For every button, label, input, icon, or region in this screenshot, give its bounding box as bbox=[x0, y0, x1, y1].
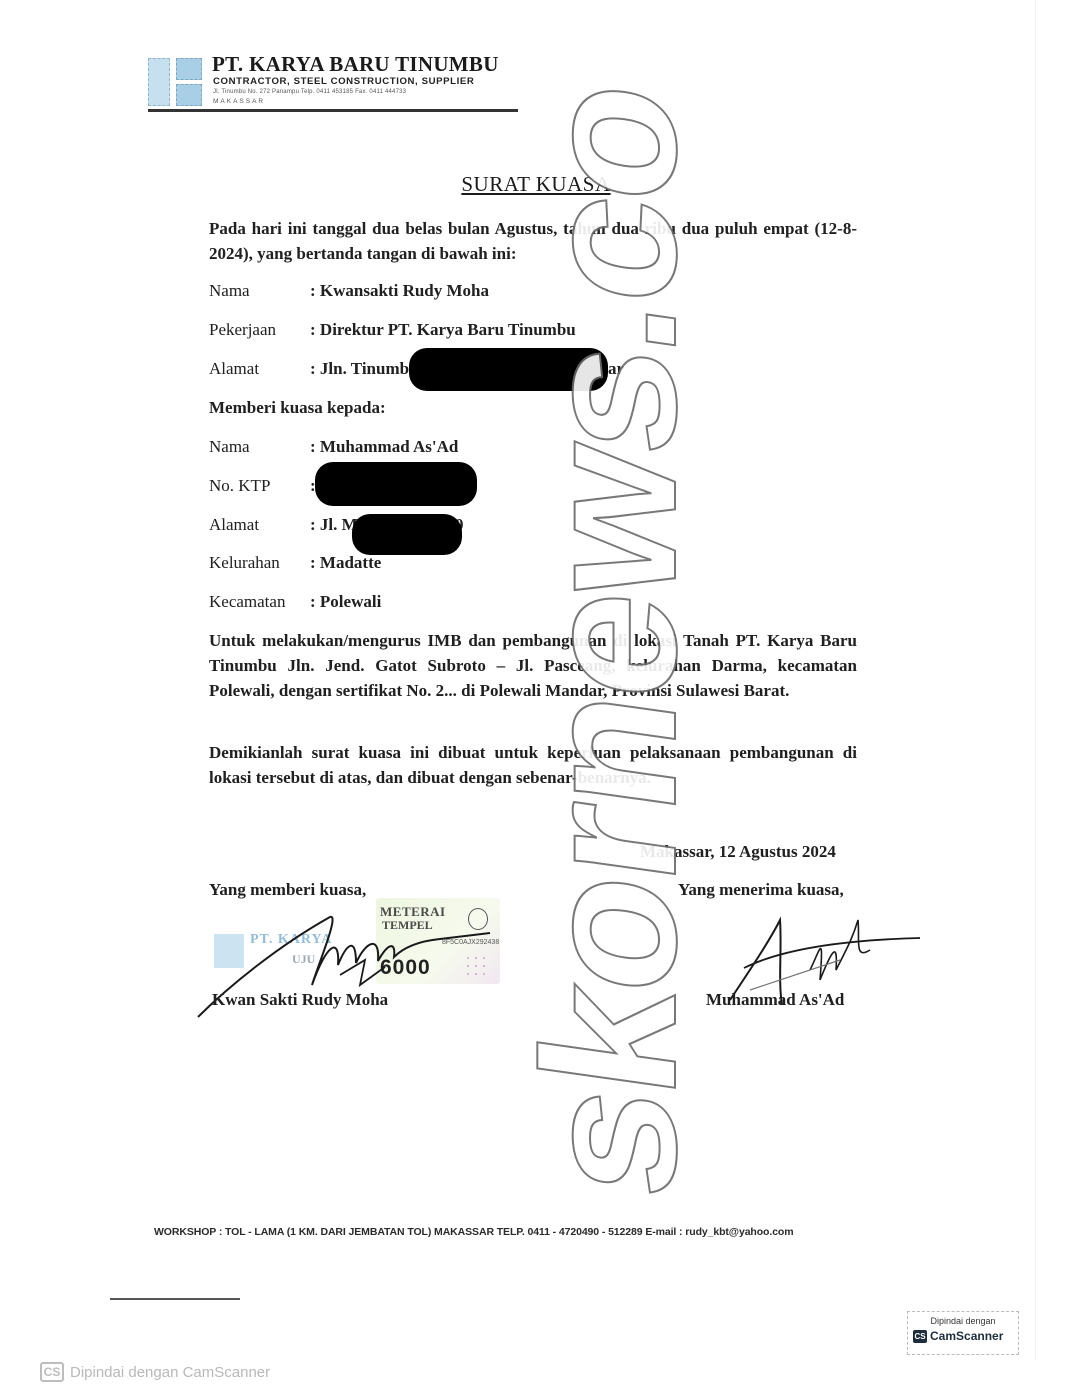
camscanner-icon: CS bbox=[40, 1362, 64, 1382]
company-logo-icon bbox=[148, 58, 204, 106]
grantee-name: Muhammad As'Ad bbox=[706, 990, 844, 1010]
field-value: : Madatte bbox=[310, 553, 381, 572]
grantor-address-field: Alamat: Jln. Tinumb bbox=[209, 359, 409, 379]
watermark: skornews.co bbox=[501, 71, 719, 1209]
camscanner-footer: CS Dipindai dengan CamScanner bbox=[40, 1362, 270, 1382]
camscanner-icon: CS bbox=[913, 1330, 927, 1343]
grantee-ktp-field: No. KTP: bbox=[209, 476, 316, 496]
field-label: Pekerjaan bbox=[209, 320, 310, 340]
company-tagline: CONTRACTOR, STEEL CONSTRUCTION, SUPPLIER bbox=[213, 76, 474, 87]
redaction-block bbox=[352, 514, 462, 555]
company-name: PT. KARYA BARU TINUMBU bbox=[212, 52, 499, 77]
footer-divider bbox=[110, 1298, 240, 1300]
field-label: Kelurahan bbox=[209, 553, 310, 573]
field-value: : Jln. Tinumb bbox=[310, 359, 409, 378]
field-value: : Muhammad As'Ad bbox=[310, 437, 458, 456]
field-value: : Jl. M bbox=[310, 515, 358, 534]
grantee-address-field: Alamat: Jl. M bbox=[209, 515, 358, 535]
field-label: No. KTP bbox=[209, 476, 310, 496]
field-label: Nama bbox=[209, 437, 310, 457]
letterhead-divider bbox=[148, 109, 518, 112]
company-city: MAKASSAR bbox=[213, 98, 265, 105]
grantor-name-field: Nama: Kwansakti Rudy Moha bbox=[209, 281, 489, 301]
grantee-kelurahan-field: Kelurahan: Madatte bbox=[209, 553, 381, 573]
grantee-kecamatan-field: Kecamatan: Polewali bbox=[209, 592, 381, 612]
letter-footer: WORKSHOP : TOL - LAMA (1 KM. DARI JEMBAT… bbox=[154, 1226, 793, 1238]
grantor-signature-label: Yang memberi kuasa, bbox=[209, 880, 366, 900]
redaction-block bbox=[315, 462, 477, 506]
section-grant-to: Memberi kuasa kepada: bbox=[209, 398, 386, 418]
camscanner-badge: Dipindai dengan CS CamScanner bbox=[907, 1311, 1019, 1355]
field-label: Kecamatan bbox=[209, 592, 310, 612]
field-value: : Polewali bbox=[310, 592, 381, 611]
field-label: Nama bbox=[209, 281, 310, 301]
field-label: Alamat bbox=[209, 359, 310, 379]
field-value: : Kwansakti Rudy Moha bbox=[310, 281, 489, 300]
company-address: Jl. Tinumbu No. 272 Panampu Telp. 0411 4… bbox=[213, 89, 406, 95]
field-label: Alamat bbox=[209, 515, 310, 535]
grantor-name: Kwan Sakti Rudy Moha bbox=[212, 990, 388, 1010]
grantee-name-field: Nama: Muhammad As'Ad bbox=[209, 437, 458, 457]
